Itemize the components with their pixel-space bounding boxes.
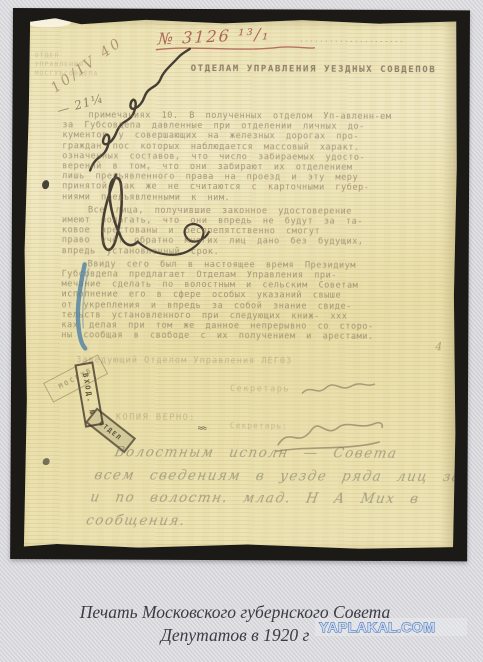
copy-verified-note: КОПИЯ ВЕРНО: — [116, 413, 196, 423]
typed-line: ниями предъявленными к ним. — [62, 192, 454, 204]
page: № 3126 ¹³/₁ ····················· ОТДЕЛ … — [0, 0, 483, 662]
secretary-line: Секретарь — [230, 384, 290, 394]
typed-header: ОТДЕЛАМ УПРАВЛЕНИЯ УЕЗДНЫХ СОВДЕПОВ — [191, 64, 437, 75]
ink-blot — [43, 458, 50, 465]
dash-marks: ≈≈ — [198, 423, 206, 433]
official-title-line: Заведующий Отделом Управления ЛЕГ03 — [76, 355, 292, 366]
page-mark: 4 — [435, 340, 442, 353]
dotted-line: ····················· — [300, 36, 405, 47]
ink-blot — [42, 180, 49, 189]
typed-body: примечаниях 10. В полученных отделом Уп-… — [61, 110, 454, 346]
typed-line: впредь установленный срок. — [62, 246, 454, 258]
paper-torn-chip — [29, 18, 71, 28]
document-photo: № 3126 ¹³/₁ ····················· ОТДЕЛ … — [10, 8, 470, 561]
pencil-line: и по волостн. млад. Н А Мих в — [88, 486, 452, 510]
paragraph: Все лица, получившие законное удостовере… — [62, 205, 454, 258]
paragraph: примечаниях 10. В полученных отделом Уп-… — [62, 110, 454, 204]
pencil-line: сообщения. — [84, 509, 448, 533]
site-watermark: YAPLAKAL.COM — [315, 616, 467, 638]
pencil-inscription: Волостным исполн — Совета всем сведениям… — [84, 441, 460, 533]
blue-check-mark — [66, 260, 96, 350]
secretary-signature-squiggle — [298, 379, 378, 399]
watermark-text: YAPLAKAL.COM — [319, 619, 435, 635]
pencil-line: всем сведениям в уезде ряда лиц за — [92, 464, 456, 488]
paragraph: Ввиду сего был в настоящее время Президи… — [61, 259, 453, 343]
typed-line: ны сообщая в свободе с их получением и а… — [61, 331, 453, 343]
document-paper: № 3126 ¹³/₁ ····················· ОТДЕЛ … — [22, 17, 458, 550]
pencil-line: Волостным исполн — Совета — [97, 441, 461, 465]
